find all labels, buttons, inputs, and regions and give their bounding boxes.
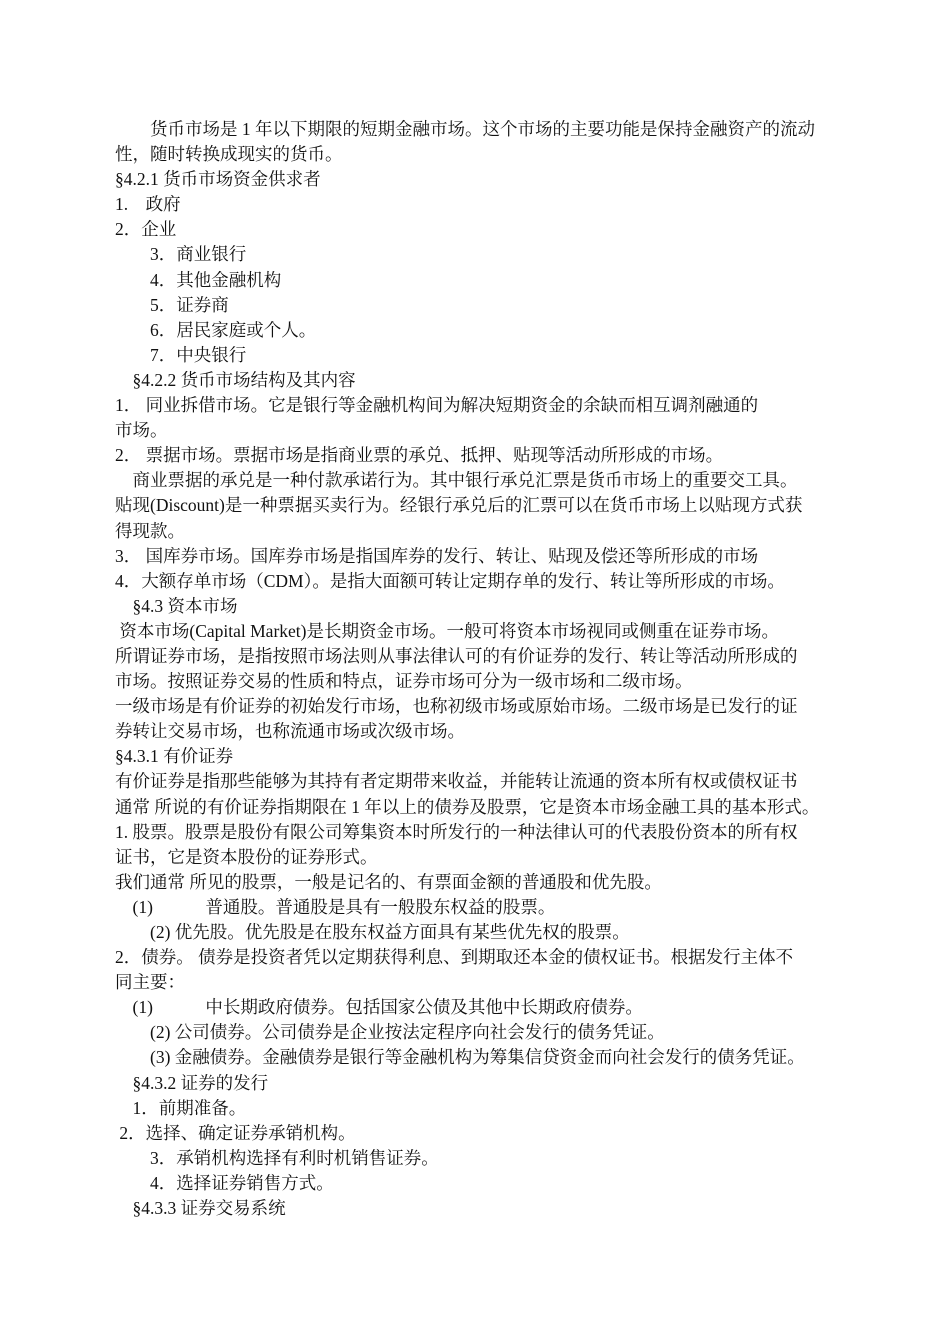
- text-line: §4.3.2 证券的发行: [115, 1071, 875, 1096]
- text-line: 4．其他金融机构: [115, 268, 875, 293]
- text-line: (2) 公司债券。公司债券是企业按法定程序向社会发行的债务凭证。: [115, 1020, 875, 1045]
- text-line: 1. 股票。股票是股份有限公司筹集资本时所发行的一种法律认可的代表股份资本的所有…: [115, 820, 875, 845]
- text-line: 2． 票据市场。票据市场是指商业票的承兑、抵押、贴现等活动所形成的市场。: [115, 443, 875, 468]
- text-line: 商业票据的承兑是一种付款承诺行为。其中银行承兑汇票是货币市场上的重要交工具。: [115, 468, 875, 493]
- document-page: 货币市场是 1 年以下期限的短期金融市场。这个市场的主要功能是保持金融资产的流动…: [0, 0, 950, 1344]
- text-line: §4.3.1 有价证券: [115, 744, 875, 769]
- text-line: 1．前期准备。: [115, 1096, 875, 1121]
- text-line: 性，随时转换成现实的货币。: [115, 142, 875, 167]
- text-line: 2．选择、确定证券承销机构。: [115, 1121, 875, 1146]
- text-line: §4.3.3 证券交易系统: [115, 1196, 875, 1221]
- text-line: (3) 金融债券。金融债券是银行等金融机构为筹集信贷资金而向社会发行的债务凭证。: [115, 1045, 875, 1070]
- text-line: 所谓证券市场，是指按照市场法则从事法律认可的有价证券的发行、转让等活动所形成的: [115, 644, 875, 669]
- text-line: 4．大额存单市场（CDM）。是指大面额可转让定期存单的发行、转让等所形成的市场。: [115, 569, 875, 594]
- text-line: 有价证券是指那些能够为其持有者定期带来收益，并能转让流通的资本所有权或债权证书: [115, 769, 875, 794]
- text-line: (2) 优先股。优先股是在股东权益方面具有某些优先权的股票。: [115, 920, 875, 945]
- text-line: §4.2.2 货币市场结构及其内容: [115, 368, 875, 393]
- text-line: §4.3 资本市场: [115, 594, 875, 619]
- text-line: 货币市场是 1 年以下期限的短期金融市场。这个市场的主要功能是保持金融资产的流动: [115, 117, 875, 142]
- text-line: 2．债券。 债券是投资者凭以定期获得利息、到期取还本金的债权证书。根据发行主体不: [115, 945, 875, 970]
- document-body: 货币市场是 1 年以下期限的短期金融市场。这个市场的主要功能是保持金融资产的流动…: [115, 117, 875, 1221]
- text-line: §4.2.1 货币市场资金供求者: [115, 167, 875, 192]
- text-line: 3． 国库券市场。国库券市场是指国库券的发行、转让、贴现及偿还等所形成的市场: [115, 544, 875, 569]
- text-line: 7．中央银行: [115, 343, 875, 368]
- text-line: 市场。: [115, 418, 875, 443]
- text-line: 同主要：: [115, 970, 875, 995]
- text-line: 3．承销机构选择有利时机销售证券。: [115, 1146, 875, 1171]
- text-line: 6．居民家庭或个人。: [115, 318, 875, 343]
- text-line: 1． 同业拆借市场。它是银行等金融机构间为解决短期资金的余缺而相互调剂融通的: [115, 393, 875, 418]
- text-line: 3．商业银行: [115, 242, 875, 267]
- text-line: 1. 政府: [115, 192, 875, 217]
- text-line: (1) 中长期政府债券。包括国家公债及其他中长期政府债券。: [115, 995, 875, 1020]
- text-line: 贴现(Discount)是一种票据买卖行为。经银行承兑后的汇票可以在货币市场上以…: [115, 493, 875, 518]
- text-line: 券转让交易市场，也称流通市场或次级市场。: [115, 719, 875, 744]
- text-line: (1) 普通股。普通股是具有一般股东权益的股票。: [115, 895, 875, 920]
- text-line: 4．选择证券销售方式。: [115, 1171, 875, 1196]
- text-line: 我们通常 所见的股票，一般是记名的、有票面金额的普通股和优先股。: [115, 870, 875, 895]
- text-line: 一级市场是有价证券的初始发行市场，也称初级市场或原始市场。二级市场是已发行的证: [115, 694, 875, 719]
- text-line: 通常 所说的有价证券指期限在 1 年以上的债券及股票，它是资本市场金融工具的基本…: [115, 795, 875, 820]
- text-line: 证书，它是资本股份的证券形式。: [115, 845, 875, 870]
- text-line: 市场。按照证券交易的性质和特点，证券市场可分为一级市场和二级市场。: [115, 669, 875, 694]
- text-line: 5．证券商: [115, 293, 875, 318]
- text-line: 得现款。: [115, 519, 875, 544]
- text-line: 2．企业: [115, 217, 875, 242]
- text-line: 资本市场(Capital Market)是长期资金市场。一般可将资本市场视同或侧…: [115, 619, 875, 644]
